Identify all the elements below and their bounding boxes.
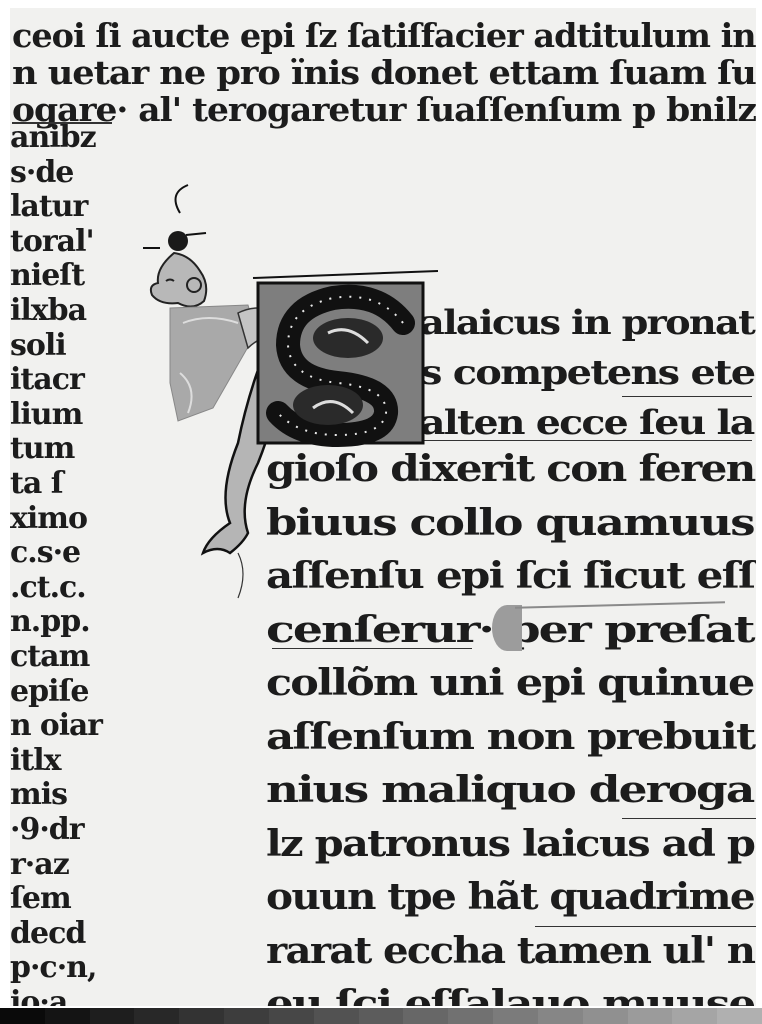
margin-fragment: itacr [10,362,84,397]
illuminated-initial-s [138,173,438,613]
margin-fragment: ta ſ [10,466,63,501]
underline-mark [272,648,472,649]
margin-fragment: tum [10,431,74,466]
margin-fragment: ilxba [10,293,86,328]
top-line-2: n uetar ne pro ïnis donet ettam ſuam ſu [12,53,756,92]
gray-swatch [583,1008,628,1024]
margin-fragment: n.pp. [10,604,90,639]
margin-fragment: nieſt [10,258,84,293]
gray-swatch [403,1008,448,1024]
gray-swatch [314,1008,359,1024]
page-left-border [0,0,10,1010]
gray-swatch [90,1008,135,1024]
top-line-3: ogare· al' terogaretur ſuaſſenſum p bnil… [12,90,756,129]
gray-swatch [448,1008,493,1024]
margin-fragment: decd [10,916,85,951]
body-line-initial-2: s competens ete [420,353,754,393]
margin-fragment: io·a [10,985,67,1006]
margin-fragment: itlx [10,743,61,778]
grotesque-figure-icon [138,173,438,613]
underline-mark [535,926,758,927]
underline-mark [422,440,752,441]
gray-swatch [493,1008,538,1024]
rubric-initial-p [492,605,522,651]
margin-fragment: n oiar [10,708,102,743]
margin-fragment: latur [10,189,87,224]
gray-swatch [45,1008,90,1024]
margin-fragment: anibz [10,120,96,155]
gray-swatch [269,1008,314,1024]
body-line: lz patronus laicus ad p [266,823,754,865]
margin-fragment: mis [10,777,67,812]
gray-swatch [0,1008,45,1024]
gray-swatch [179,1008,224,1024]
gray-swatch [628,1008,673,1024]
body-line: aſſenſum non prebuit [266,716,754,758]
margin-fragment: c.s·e [10,535,80,570]
margin-fragment: ximo [10,501,87,536]
page-right-border [756,0,762,1008]
margin-fragment: toral' [10,224,94,259]
margin-fragment: r·az [10,847,69,882]
margin-fragment: p·c·n, [10,950,96,985]
body-line: nius maliquo deroga [266,769,753,811]
underline-mark [622,818,758,819]
body-line: collõm uni epi quinue [266,662,753,704]
gray-swatch [134,1008,179,1024]
body-line: eu ſci eſſalauo muuse [266,983,754,1006]
margin-fragment: soli [10,328,66,363]
margin-fragment: .ct.c. [10,570,86,605]
margin-fragment: s·de [10,155,73,190]
manuscript-page: ceoi ſi aucte epi ſz ſatiſfacier adtitul… [10,8,758,1006]
body-line: rarat eccha tamen ul' n [266,930,754,972]
body-line: ouun tpe hãt quadrime [266,876,754,918]
body-line-initial-3: alten ecce ſeu la [420,403,754,443]
gray-swatch [224,1008,269,1024]
margin-fragment: ſem [10,881,71,916]
grayscale-calibration-strip [0,1008,762,1024]
margin-fragment: lium [10,397,82,432]
gray-swatch [359,1008,404,1024]
gray-swatch [672,1008,717,1024]
top-line-1: ceoi ſi aucte epi ſz ſatiſfacier adtitul… [12,16,756,55]
body-line-initial-1: alaicus in pronat [420,303,754,343]
underline-mark [622,396,752,397]
margin-fragment: ·9·dr [10,812,84,847]
margin-fragment: ctam [10,639,89,674]
gray-swatch [717,1008,762,1024]
gray-swatch [538,1008,583,1024]
margin-fragment: epiſe [10,674,88,709]
